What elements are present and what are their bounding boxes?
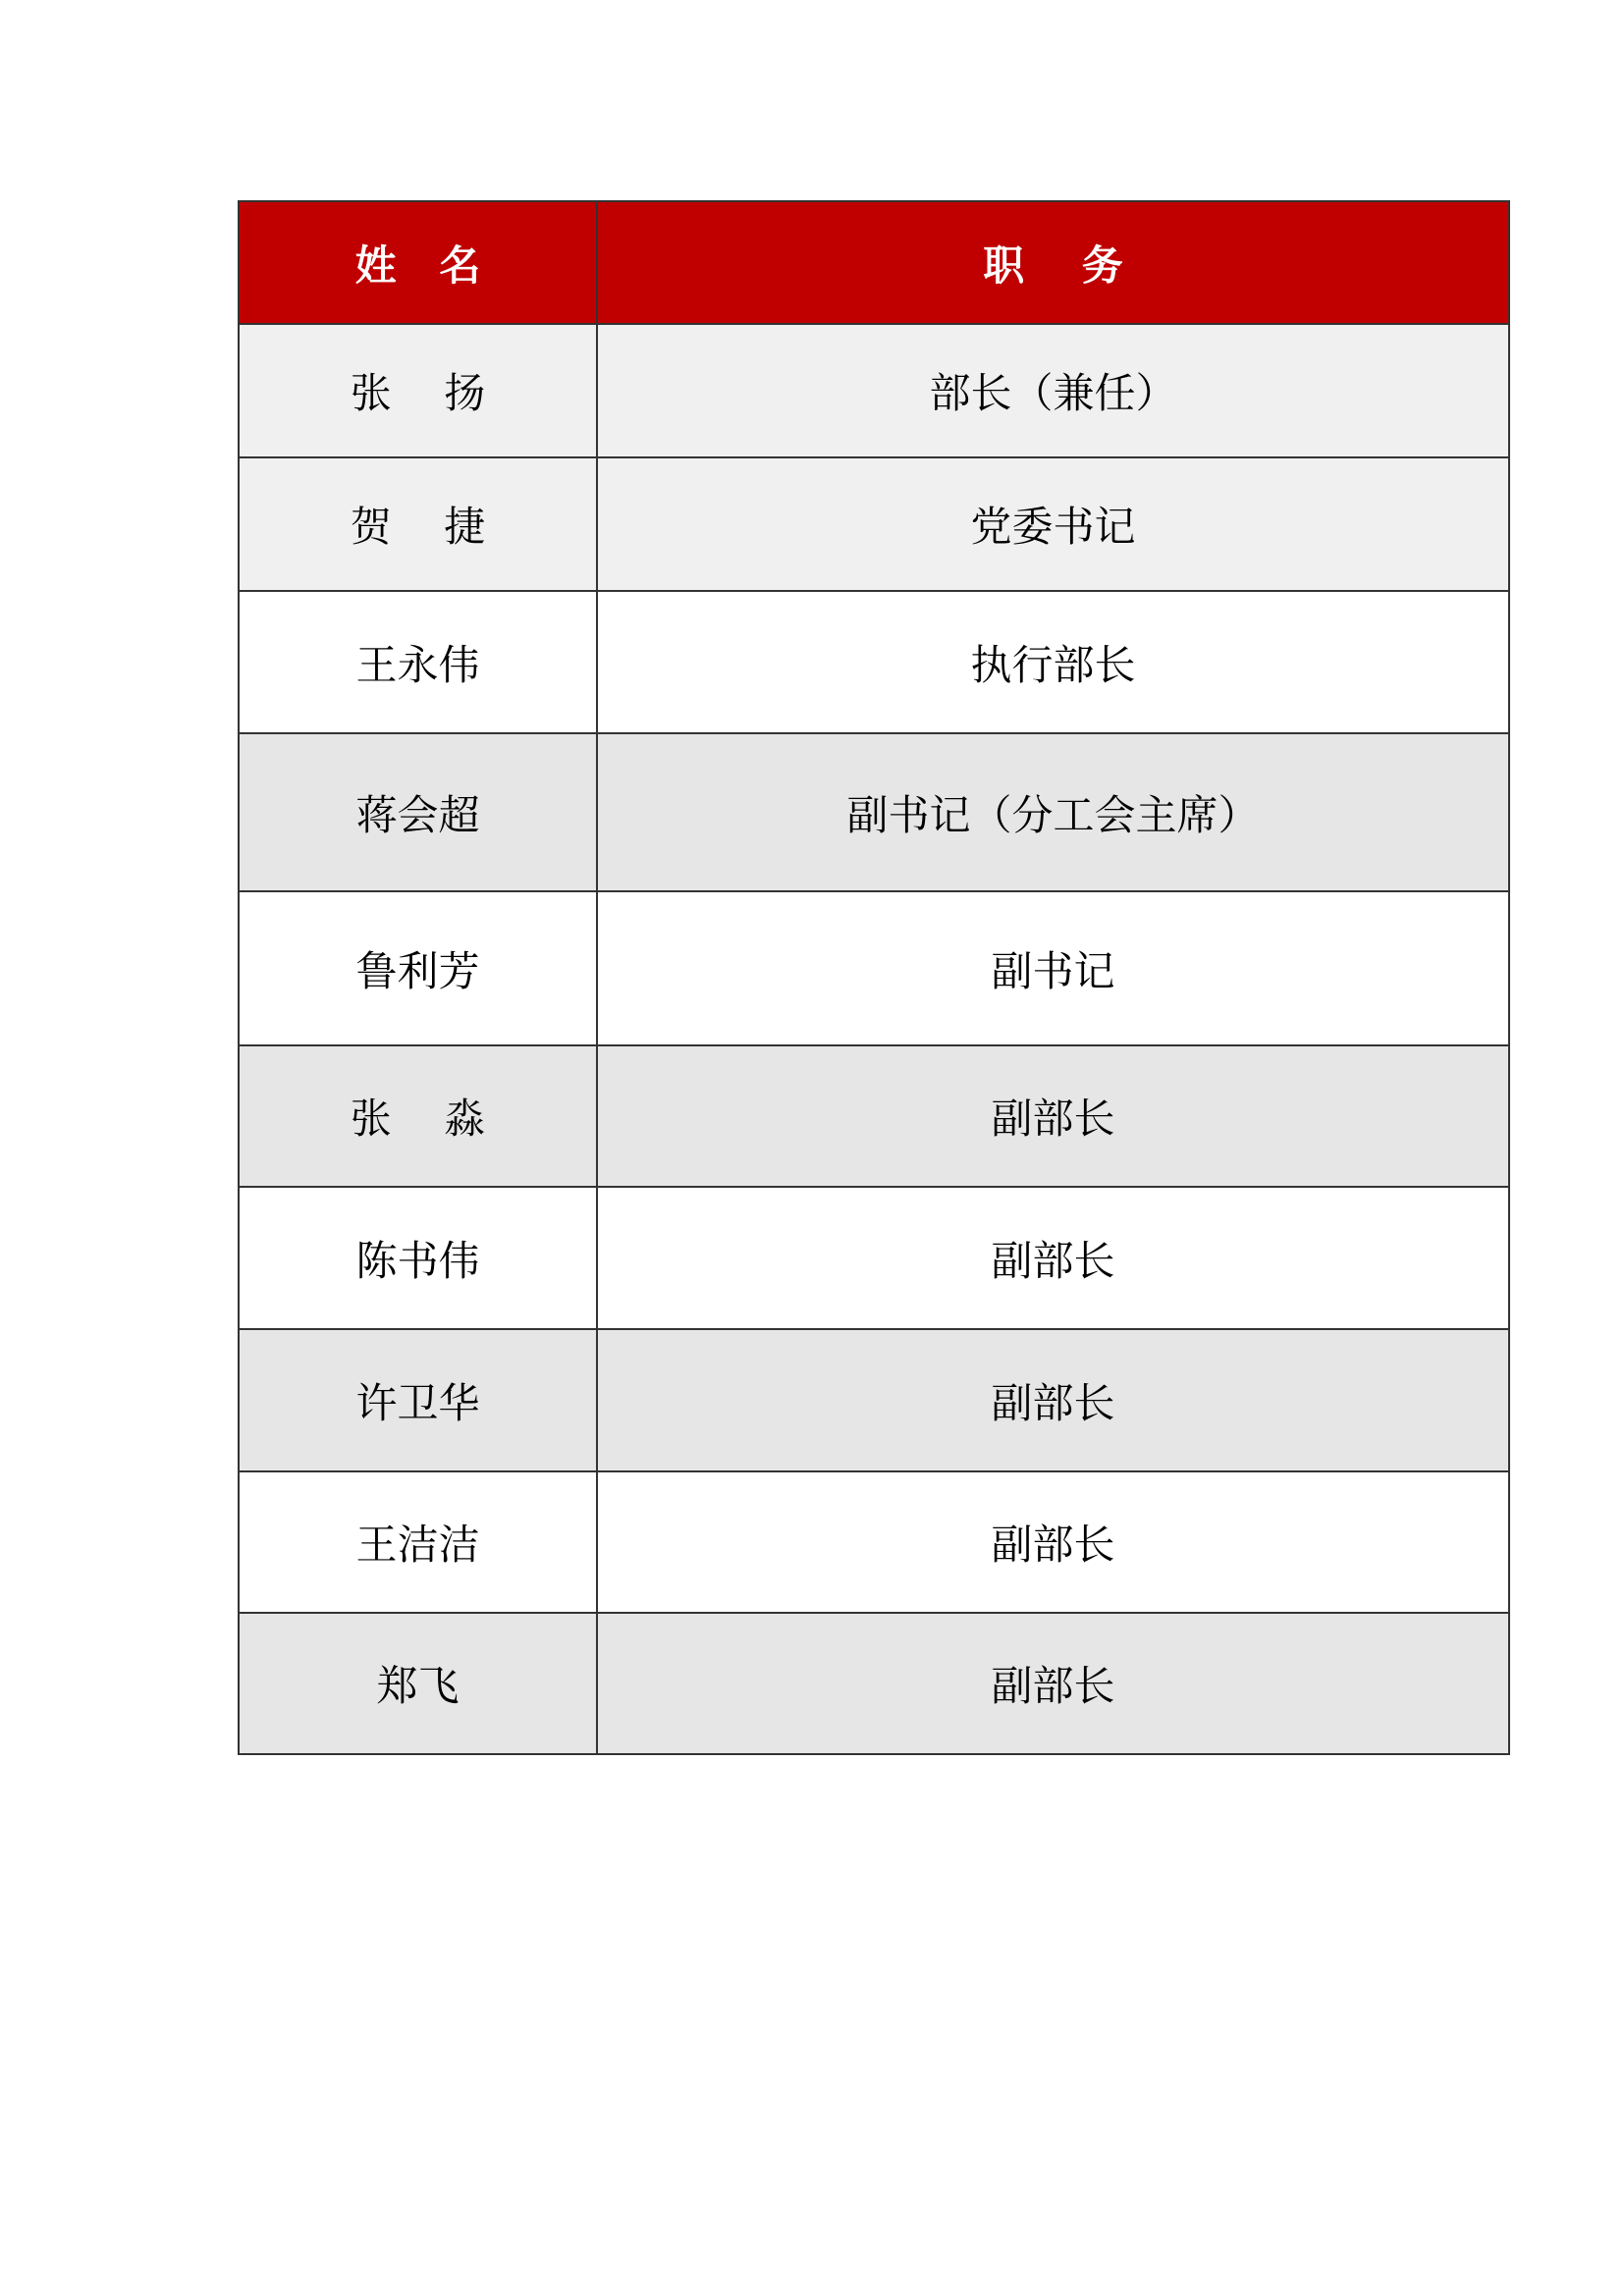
cell-name: 张 淼	[239, 1045, 597, 1187]
table-row: 王洁洁副部长	[239, 1471, 1509, 1613]
cell-name: 陈书伟	[239, 1187, 597, 1329]
cell-title: 副部长	[597, 1045, 1509, 1187]
cell-name: 王永伟	[239, 591, 597, 733]
cell-title: 副部长	[597, 1613, 1509, 1754]
header-row: 姓 名 职 务	[239, 201, 1509, 324]
roster-table: 姓 名 职 务 张 扬部长（兼任）贺 捷党委书记王永伟执行部长蒋会超副书记（分工…	[238, 200, 1510, 1755]
table-row: 张 淼副部长	[239, 1045, 1509, 1187]
cell-name: 张 扬	[239, 324, 597, 457]
header-title: 职 务	[597, 201, 1509, 324]
cell-title: 副书记（分工会主席）	[597, 733, 1509, 891]
cell-title: 副部长	[597, 1471, 1509, 1613]
table-row: 王永伟执行部长	[239, 591, 1509, 733]
cell-name: 王洁洁	[239, 1471, 597, 1613]
table-row: 许卫华副部长	[239, 1329, 1509, 1471]
table-row: 郑飞副部长	[239, 1613, 1509, 1754]
header-name: 姓 名	[239, 201, 597, 324]
cell-name: 鲁利芳	[239, 891, 597, 1045]
table-row: 鲁利芳副书记	[239, 891, 1509, 1045]
table-row: 蒋会超副书记（分工会主席）	[239, 733, 1509, 891]
cell-title: 部长（兼任）	[597, 324, 1509, 457]
cell-name: 郑飞	[239, 1613, 597, 1754]
table-row: 陈书伟副部长	[239, 1187, 1509, 1329]
cell-title: 副部长	[597, 1187, 1509, 1329]
cell-name: 贺 捷	[239, 457, 597, 591]
table-row: 贺 捷党委书记	[239, 457, 1509, 591]
cell-title: 党委书记	[597, 457, 1509, 591]
cell-name: 许卫华	[239, 1329, 597, 1471]
cell-name: 蒋会超	[239, 733, 597, 891]
cell-title: 副书记	[597, 891, 1509, 1045]
cell-title: 执行部长	[597, 591, 1509, 733]
table-row: 张 扬部长（兼任）	[239, 324, 1509, 457]
cell-title: 副部长	[597, 1329, 1509, 1471]
